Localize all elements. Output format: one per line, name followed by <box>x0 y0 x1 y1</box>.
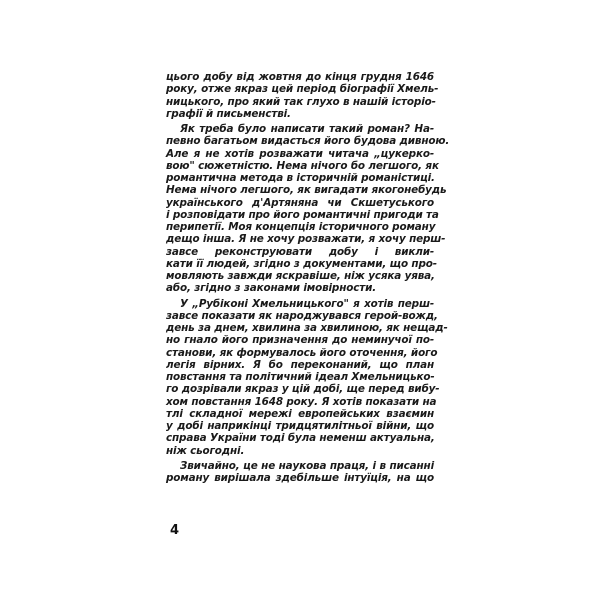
text-line: повстання та політичний ідеал Хмельницьк… <box>166 371 434 383</box>
text-line: ніж сьогодні. <box>166 445 434 457</box>
text-line: вою" сюжетністю. Нема нічого бо легшого,… <box>166 160 434 172</box>
text-line: Але я не хотів розважати читача „цукерко… <box>166 148 434 160</box>
text-line: легія вірних. Я бо переконаний, що план <box>166 359 434 371</box>
text-line: графії й письменстві. <box>166 108 434 120</box>
text-line: ницького, про який так глухо в нашій іст… <box>166 96 434 108</box>
text-line: Нема нічого легшого, як вигадати якогоне… <box>166 184 434 196</box>
text-line: день за днем, хвилина за хвилиною, як не… <box>166 322 434 334</box>
text-line: у добі наприкінці тридцятилітньої війни,… <box>166 420 434 432</box>
text-line: справа України тоді була неменш актуальн… <box>166 432 434 444</box>
text-line: певно багатьом видасться його будова див… <box>166 135 434 147</box>
text-line: цього добу від жовтня до кінця грудня 16… <box>166 71 434 83</box>
text-line: дещо інша. Я не хочу розважати, я хочу п… <box>166 233 434 245</box>
text-line: завсе показати як народжувався герой-вож… <box>166 310 434 322</box>
text-line: року, отже якраз цей період біографії Хм… <box>166 83 434 95</box>
text-line: завсе реконструювати добу і викли- <box>166 246 434 258</box>
text-line: хом повстання 1648 року. Я хотів показат… <box>166 396 434 408</box>
text-line: тлі складної мережі европейських взаємин <box>166 408 434 420</box>
text-line: роману вирішала здебільше інтуїція, на щ… <box>166 472 434 484</box>
text-line: но гнало його призначення до неминучої п… <box>166 334 434 346</box>
text-line: Як треба було написати такий роман? На- <box>166 123 434 135</box>
text-line: українського д'Артяняна чи Скшетуського <box>166 197 434 209</box>
text-line: мовляють завжди яскравіше, ніж усяка уяв… <box>166 270 434 282</box>
text-line: романтична метода в історичній романісти… <box>166 172 434 184</box>
text-line: го дозрівали якраз у цій добі, ще перед … <box>166 383 434 395</box>
text-line: станови, як формувалось його оточення, й… <box>166 347 434 359</box>
text-line: У „Рубіконі Хмельницького" я хотів перш- <box>166 298 434 310</box>
paragraph-1: цього добу від жовтня до кінця грудня 16… <box>166 71 434 120</box>
page-number: 4 <box>170 523 179 538</box>
text-line: і розповідати про його романтичні пригод… <box>166 209 434 221</box>
paragraph-3: У „Рубіконі Хмельницького" я хотів перш-… <box>166 298 434 457</box>
text-line: перипетії. Моя концепція історичного ром… <box>166 221 434 233</box>
text-line: кати її людей, згідно з документами, що … <box>166 258 434 270</box>
text-line: Звичайно, це не наукова праця, і в писан… <box>166 460 434 472</box>
page-text: цього добу від жовтня до кінця грудня 16… <box>166 71 434 487</box>
text-line: або, згідно з законами імовірности. <box>166 282 434 294</box>
paragraph-4: Звичайно, це не наукова праця, і в писан… <box>166 460 434 485</box>
paragraph-2: Як треба було написати такий роман? На- … <box>166 123 434 295</box>
